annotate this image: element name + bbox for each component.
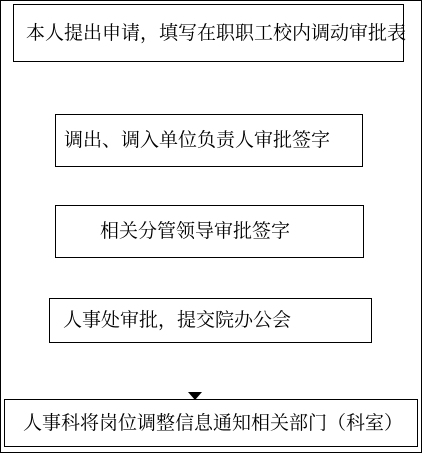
flow-node-step-4-label: 人事处审批，提交院办公会 (63, 311, 291, 330)
flow-node-step-3: 相关分管领导审批签字 (55, 205, 364, 258)
flow-node-step-5-label: 人事科将岗位调整信息通知相关部门（科室） (23, 414, 403, 433)
flow-node-step-2: 调出、调入单位负责人审批签字 (55, 114, 363, 167)
flow-node-step-1-label: 本人提出申请，填写在职职工校内调动审批表 (26, 24, 406, 43)
flow-node-step-2-label: 调出、调入单位负责人审批签字 (64, 131, 330, 150)
flowchart-canvas: 本人提出申请，填写在职职工校内调动审批表 调出、调入单位负责人审批签字 相关分管… (0, 0, 422, 453)
flow-node-step-5: 人事科将岗位调整信息通知相关部门（科室） (4, 399, 418, 447)
flow-node-step-3-label: 相关分管领导审批签字 (100, 222, 290, 241)
flow-node-step-4: 人事处审批，提交院办公会 (49, 298, 372, 343)
flow-node-step-1: 本人提出申请，填写在职职工校内调动审批表 (13, 4, 404, 62)
